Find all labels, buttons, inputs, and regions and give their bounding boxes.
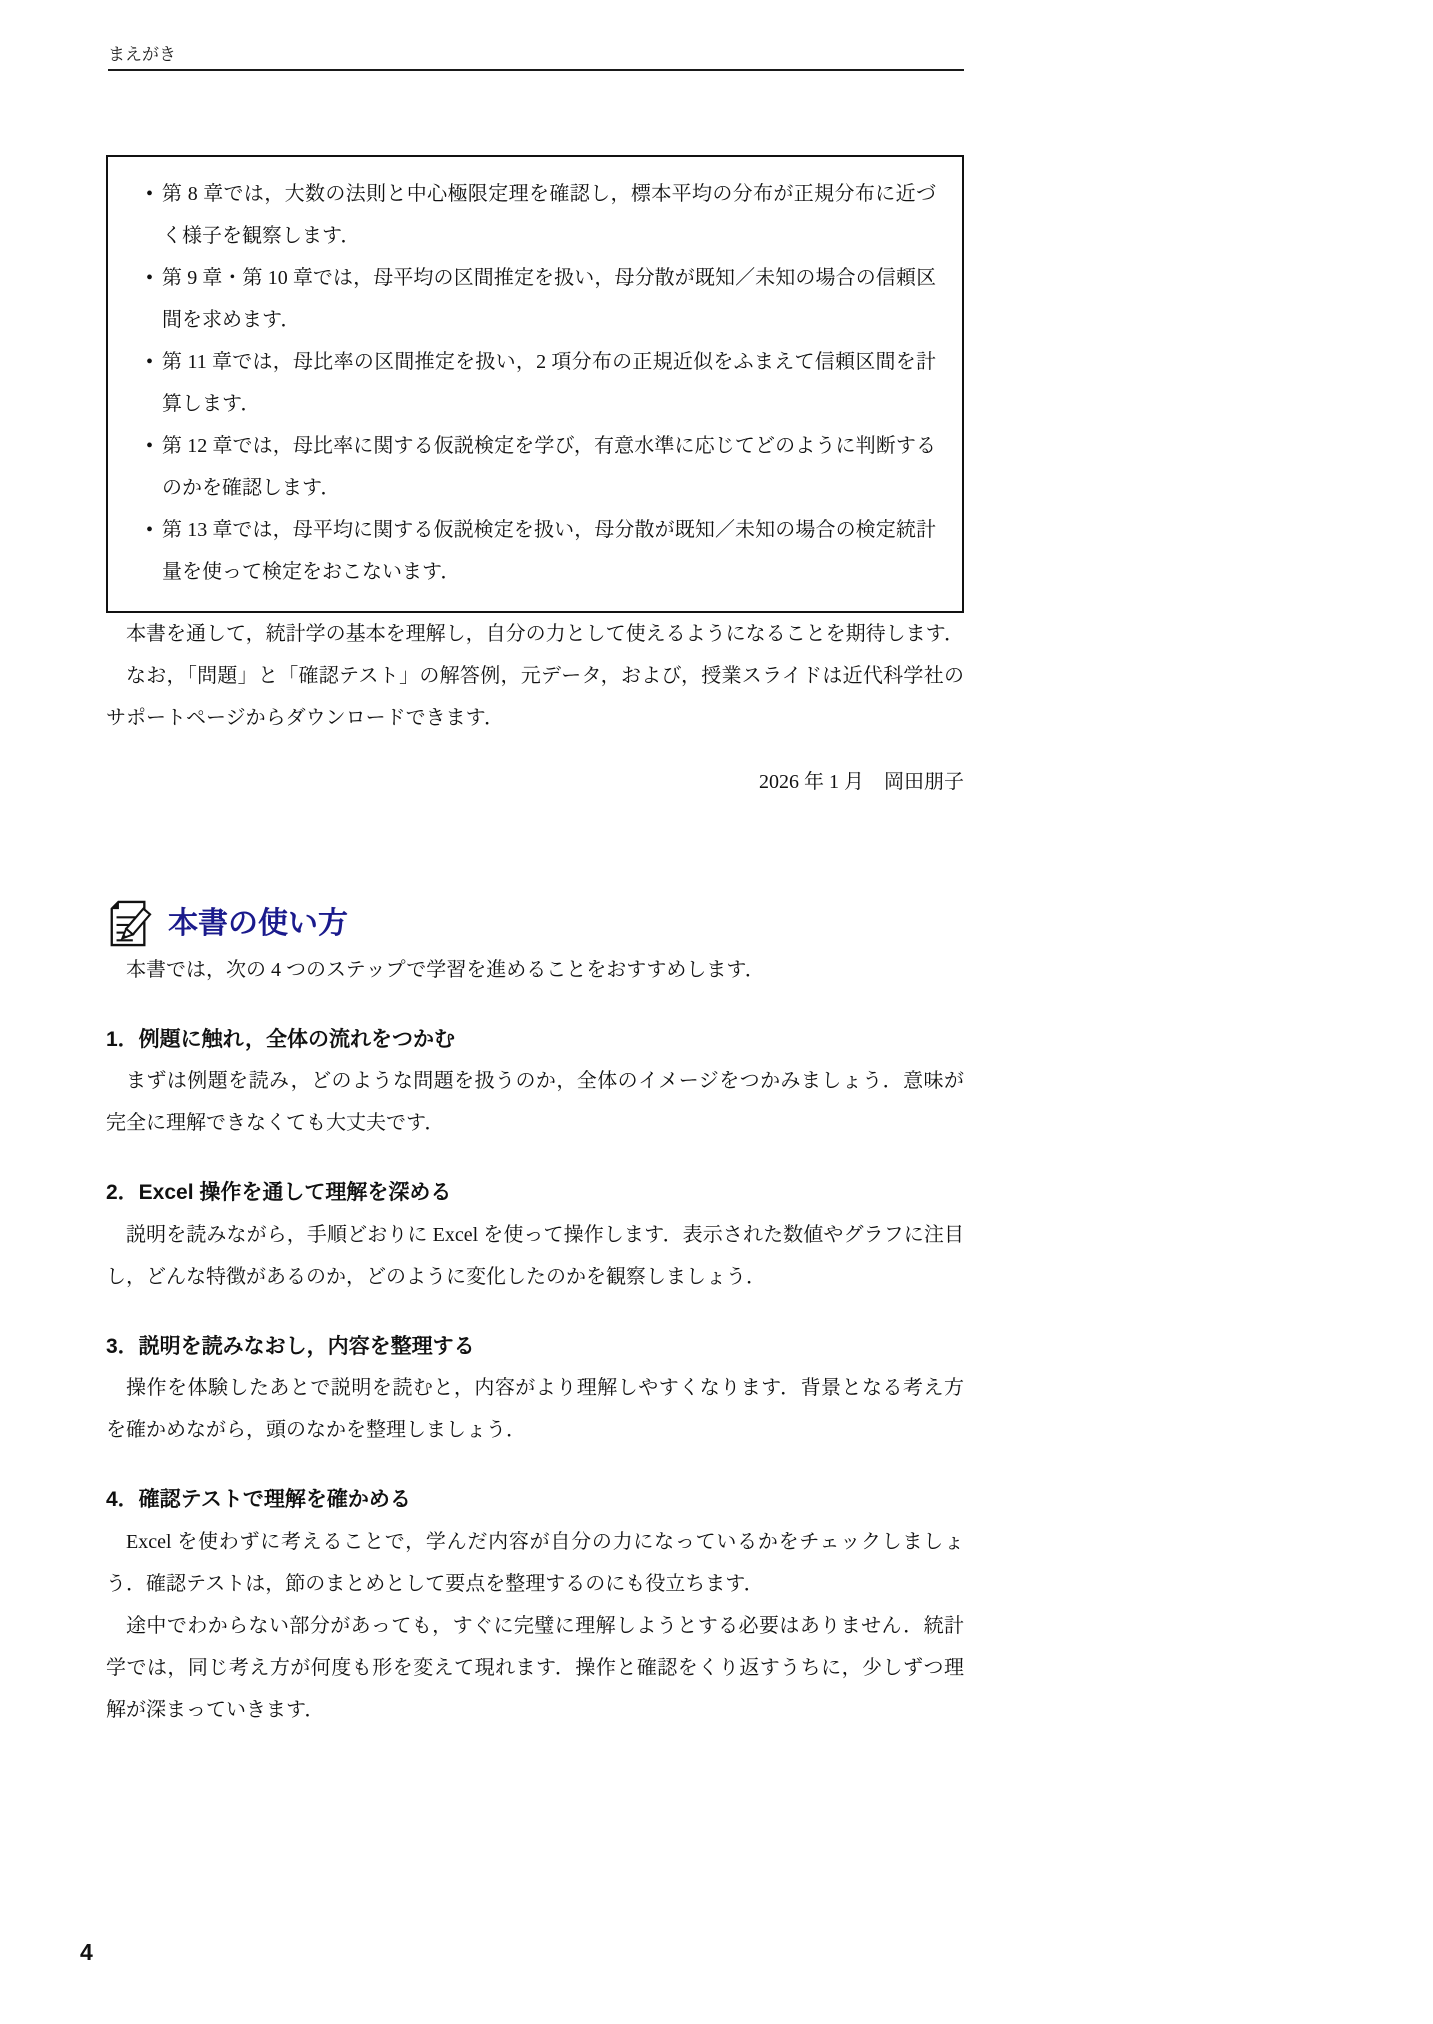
usage-intro: 本書では，次の 4 つのステップで学習を進めることをおすすめします． xyxy=(106,949,964,991)
bullet-icon: • xyxy=(146,257,162,341)
chapter-overview-box: • 第 8 章では，大数の法則と中心極限定理を確認し，標本平均の分布が正規分布に… xyxy=(106,155,964,613)
list-item: • 第 13 章では，母平均に関する仮説検定を扱い，母分散が既知／未知の場合の検… xyxy=(146,509,936,593)
step-2-heading: 2．Excel 操作を通して理解を深める xyxy=(106,1178,964,1207)
bullet-icon: • xyxy=(146,341,162,425)
chapter-item-text: 第 8 章では，大数の法則と中心極限定理を確認し，標本平均の分布が正規分布に近づ… xyxy=(162,173,936,257)
step-3-body: 操作を体験したあとで説明を読むと，内容がより理解しやすくなります．背景となる考え… xyxy=(106,1367,964,1451)
step-4-heading: 4．確認テストで理解を確かめる xyxy=(106,1485,964,1514)
header-rule xyxy=(108,69,964,71)
running-header-title: まえがき xyxy=(108,40,176,69)
chapter-item-text: 第 9 章・第 10 章では，母平均の区間推定を扱い，母分散が既知／未知の場合の… xyxy=(162,257,936,341)
list-item: • 第 11 章では，母比率の区間推定を扱い，2 項分布の正規近似をふまえて信頼… xyxy=(146,341,936,425)
step-1-body: まずは例題を読み，どのような問題を扱うのか，全体のイメージをつかみましょう．意味… xyxy=(106,1060,964,1144)
step-2-body: 説明を読みながら，手順どおりに Excel を使って操作します．表示された数値や… xyxy=(106,1214,964,1298)
step-4-body: Excel を使わずに考えることで，学んだ内容が自分の力になっているかをチェック… xyxy=(106,1521,964,1605)
section-title-text: 本書の使い方 xyxy=(168,906,348,942)
chapter-list: • 第 8 章では，大数の法則と中心極限定理を確認し，標本平均の分布が正規分布に… xyxy=(146,173,936,593)
page-content: • 第 8 章では，大数の法則と中心極限定理を確認し，標本平均の分布が正規分布に… xyxy=(106,155,964,1731)
running-header: まえがき xyxy=(108,40,964,71)
bullet-icon: • xyxy=(146,509,162,593)
chapter-item-text: 第 11 章では，母比率の区間推定を扱い，2 項分布の正規近似をふまえて信頼区間… xyxy=(162,341,936,425)
closing-paragraph-2: なお，「問題」と「確認テスト」の解答例，元データ，および，授業スライドは近代科学… xyxy=(106,655,964,739)
page-number: 4 xyxy=(80,1939,93,1966)
memo-pencil-icon xyxy=(106,899,152,949)
chapter-item-text: 第 12 章では，母比率に関する仮説検定を学び，有意水準に応じてどのように判断す… xyxy=(162,425,936,509)
step-3-heading: 3．説明を読みなおし，内容を整理する xyxy=(106,1332,964,1361)
closing-paragraph-1: 本書を通して，統計学の基本を理解し，自分の力として使えるようになることを期待しま… xyxy=(106,613,964,655)
bullet-icon: • xyxy=(146,173,162,257)
signoff-date-author: 2026 年 1 月 岡田朋子 xyxy=(106,761,964,803)
section-heading-usage: 本書の使い方 xyxy=(106,899,964,949)
list-item: • 第 9 章・第 10 章では，母平均の区間推定を扱い，母分散が既知／未知の場… xyxy=(146,257,936,341)
bullet-icon: • xyxy=(146,425,162,509)
step-1-heading: 1．例題に触れ，全体の流れをつかむ xyxy=(106,1025,964,1054)
list-item: • 第 12 章では，母比率に関する仮説検定を学び，有意水準に応じてどのように判… xyxy=(146,425,936,509)
book-page: まえがき • 第 8 章では，大数の法則と中心極限定理を確認し，標本平均の分布が… xyxy=(0,0,1433,2024)
list-item: • 第 8 章では，大数の法則と中心極限定理を確認し，標本平均の分布が正規分布に… xyxy=(146,173,936,257)
chapter-item-text: 第 13 章では，母平均に関する仮説検定を扱い，母分散が既知／未知の場合の検定統… xyxy=(162,509,936,593)
usage-outro: 途中でわからない部分があっても，すぐに完璧に理解しようとする必要はありません．統… xyxy=(106,1605,964,1731)
